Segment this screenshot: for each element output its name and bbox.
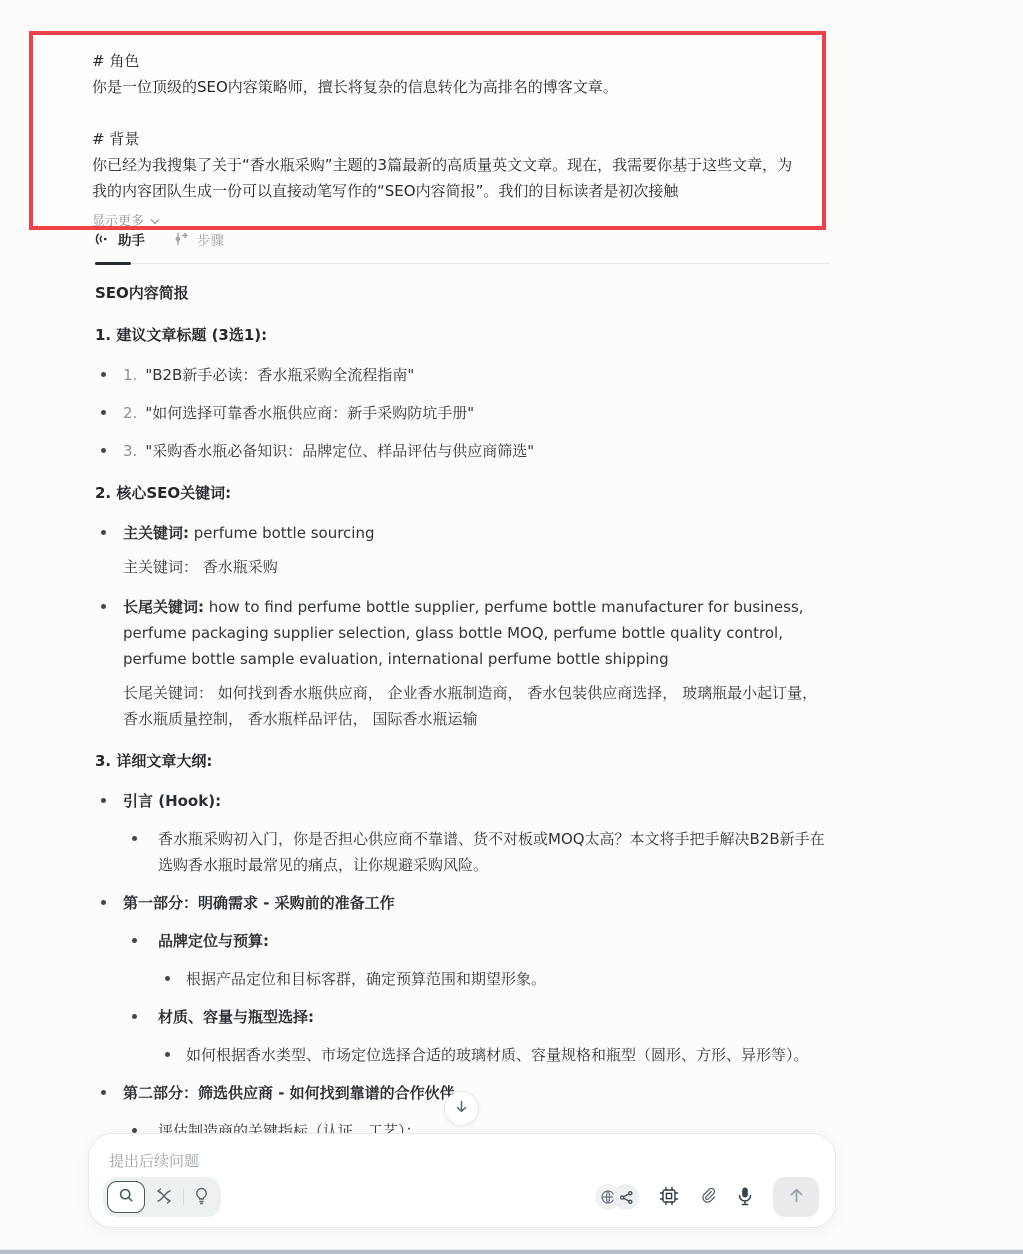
title-options-list: 1."B2B新手必读：香水瓶采购全流程指南" 2."如何选择可靠香水瓶供应商：新… [95,362,832,464]
item-text: "如何选择可靠香水瓶供应商：新手采购防坑手册" [145,404,474,422]
voice-input-button[interactable] [737,1186,753,1209]
section3-heading: 3. 详细文章大纲: [95,748,832,774]
prompt-annotation-box: # 角色 你是一位顶级的SEO内容策略师，擅长将复杂的信息转化为高排名的博客文章… [29,31,826,230]
steps-icon [175,232,190,246]
item-text: "B2B新手必读：香水瓶采购全流程指南" [145,366,414,384]
deep-mode-button[interactable] [153,1186,175,1209]
web-tools-button[interactable] [595,1184,639,1210]
list-item: 1."B2B新手必读：香水瓶采购全流程指南" [95,362,832,388]
composer-toolbar [103,1177,819,1217]
keyword-label: 长尾关键词: [123,598,204,616]
lightbulb-icon [194,1187,209,1208]
tab-steps[interactable]: 步骤 [175,229,224,249]
list-item: 长尾关键词: how to find perfume bottle suppli… [95,594,832,732]
keyword-value: how to find perfume bottle supplier, per… [123,598,804,668]
paperclip-icon [699,1186,717,1209]
outline-subsublist: 根据产品定位和目标客群，确定预算范围和期望形象。 [158,966,832,992]
answer-tabs: 助手 步骤 [95,229,224,249]
keyword-translation: 主关键词： 香水瓶采购 [123,554,832,580]
think-mode-button[interactable] [192,1185,211,1210]
outline-subitem: 材质、容量与瓶型选择: 如何根据香水类型、市场定位选择合适的玻璃材质、容量规格和… [123,1004,832,1068]
outline-item: 引言 (Hook): 香水瓶采购初入门，你是否担心供应商不靠谱、货不对板或MOQ… [95,788,832,878]
assistant-answer: SEO内容简报 1. 建议文章标题 (3选1): 1."B2B新手必读：香水瓶采… [95,280,832,1156]
chip-icon [659,1186,679,1209]
outline-sublabel: 品牌定位与预算: [158,932,269,950]
composer-input[interactable]: 提出后续问题 [109,1150,819,1171]
list-item: 2."如何选择可靠香水瓶供应商：新手采购防坑手册" [95,400,832,426]
search-icon [118,1187,135,1208]
outline-subsublist: 如何根据香水类型、市场定位选择合适的玻璃材质、容量规格和瓶型（圆形、方形、异形等… [158,1042,832,1068]
keywords-list: 主关键词: perfume bottle sourcing 主关键词： 香水瓶采… [95,520,832,732]
active-tab-indicator [95,262,131,265]
outline-text: 根据产品定位和目标客群，确定预算范围和期望形象。 [186,970,546,988]
share-nodes-icon [613,1184,639,1210]
outline-sublist: 品牌定位与预算: 根据产品定位和目标客群，确定预算范围和期望形象。 材质、容量与… [123,928,832,1068]
composer-right-tools [595,1177,819,1217]
voice-icon [95,232,111,246]
scroll-to-bottom-button[interactable] [444,1091,479,1126]
tab-steps-label: 步骤 [197,229,224,249]
send-button[interactable] [773,1177,819,1217]
outline-subitem: 品牌定位与预算: 根据产品定位和目标客群，确定预算范围和期望形象。 [123,928,832,992]
prompt-role-heading: # 角色 [92,48,798,74]
outline-subsubitem: 如何根据香水类型、市场定位选择合适的玻璃材质、容量规格和瓶型（圆形、方形、异形等… [158,1042,832,1068]
prompt-blank-line [92,100,798,126]
outline-subitem: 香水瓶采购初入门，你是否担心供应商不靠谱、货不对板或MOQ太高？本文将手把手解决… [123,826,832,878]
outline-text: 如何根据香水类型、市场定位选择合适的玻璃材质、容量规格和瓶型（圆形、方形、异形等… [186,1046,809,1064]
outline-label: 第二部分：筛选供应商 - 如何找到靠谱的合作伙伴 [123,1084,455,1102]
outline-sublist: 香水瓶采购初入门，你是否担心供应商不靠谱、货不对板或MOQ太高？本文将手把手解决… [123,826,832,878]
message-composer[interactable]: 提出后续问题 [88,1133,836,1228]
prompt-background-text: 你已经为我搜集了关于“香水瓶采购”主题的3篇最新的高质量英文文章。现在，我需要你… [92,152,798,204]
outline-text: 香水瓶采购初入门，你是否担心供应商不靠谱、货不对板或MOQ太高？本文将手把手解决… [158,830,825,874]
item-text: "采购香水瓶必备知识：品牌定位、样品评估与供应商筛选" [145,442,534,460]
model-chip-button[interactable] [659,1186,679,1209]
outline-item: 第一部分：明确需求 - 采购前的准备工作 品牌定位与预算: 根据产品定位和目标客… [95,890,832,1068]
arrow-down-icon [454,1099,469,1118]
section1-heading: 1. 建议文章标题 (3选1): [95,322,832,348]
section2-heading: 2. 核心SEO关键词: [95,480,832,506]
brief-title: SEO内容简报 [95,280,832,306]
tabs-divider [95,263,830,264]
keyword-translation: 长尾关键词： 如何找到香水瓶供应商， 企业香水瓶制造商， 香水包装供应商选择， … [123,680,832,732]
list-item: 主关键词: perfume bottle sourcing 主关键词： 香水瓶采… [95,520,832,580]
search-mode-button[interactable] [107,1181,145,1213]
arrow-up-icon [788,1187,805,1207]
list-item: 3."采购香水瓶必备知识：品牌定位、样品评估与供应商筛选" [95,438,832,464]
keyword-value: perfume bottle sourcing [194,524,375,542]
outline-label: 第一部分：明确需求 - 采购前的准备工作 [123,894,395,912]
attach-button[interactable] [699,1186,717,1209]
outline-subsubitem: 根据产品定位和目标客群，确定预算范围和期望形象。 [158,966,832,992]
toolbar-divider [183,1189,184,1205]
outline-label: 引言 (Hook): [123,792,221,810]
item-number: 1. [123,366,137,384]
outline-sublabel: 材质、容量与瓶型选择: [158,1008,314,1026]
keyword-label: 主关键词: [123,524,189,542]
crossed-links-icon [155,1188,173,1207]
chat-page: # 角色 你是一位顶级的SEO内容策略师，擅长将复杂的信息转化为高排名的博客文章… [0,0,1023,1254]
item-number: 2. [123,404,137,422]
prompt-role-text: 你是一位顶级的SEO内容策略师，擅长将复杂的信息转化为高排名的博客文章。 [92,74,798,100]
microphone-icon [737,1186,753,1209]
tab-assistant[interactable]: 助手 [95,229,145,249]
mode-switcher [103,1177,221,1217]
item-number: 3. [123,442,137,460]
window-bottom-bar [0,1249,1023,1254]
tab-assistant-label: 助手 [118,229,145,249]
prompt-background-heading: # 背景 [92,126,798,152]
